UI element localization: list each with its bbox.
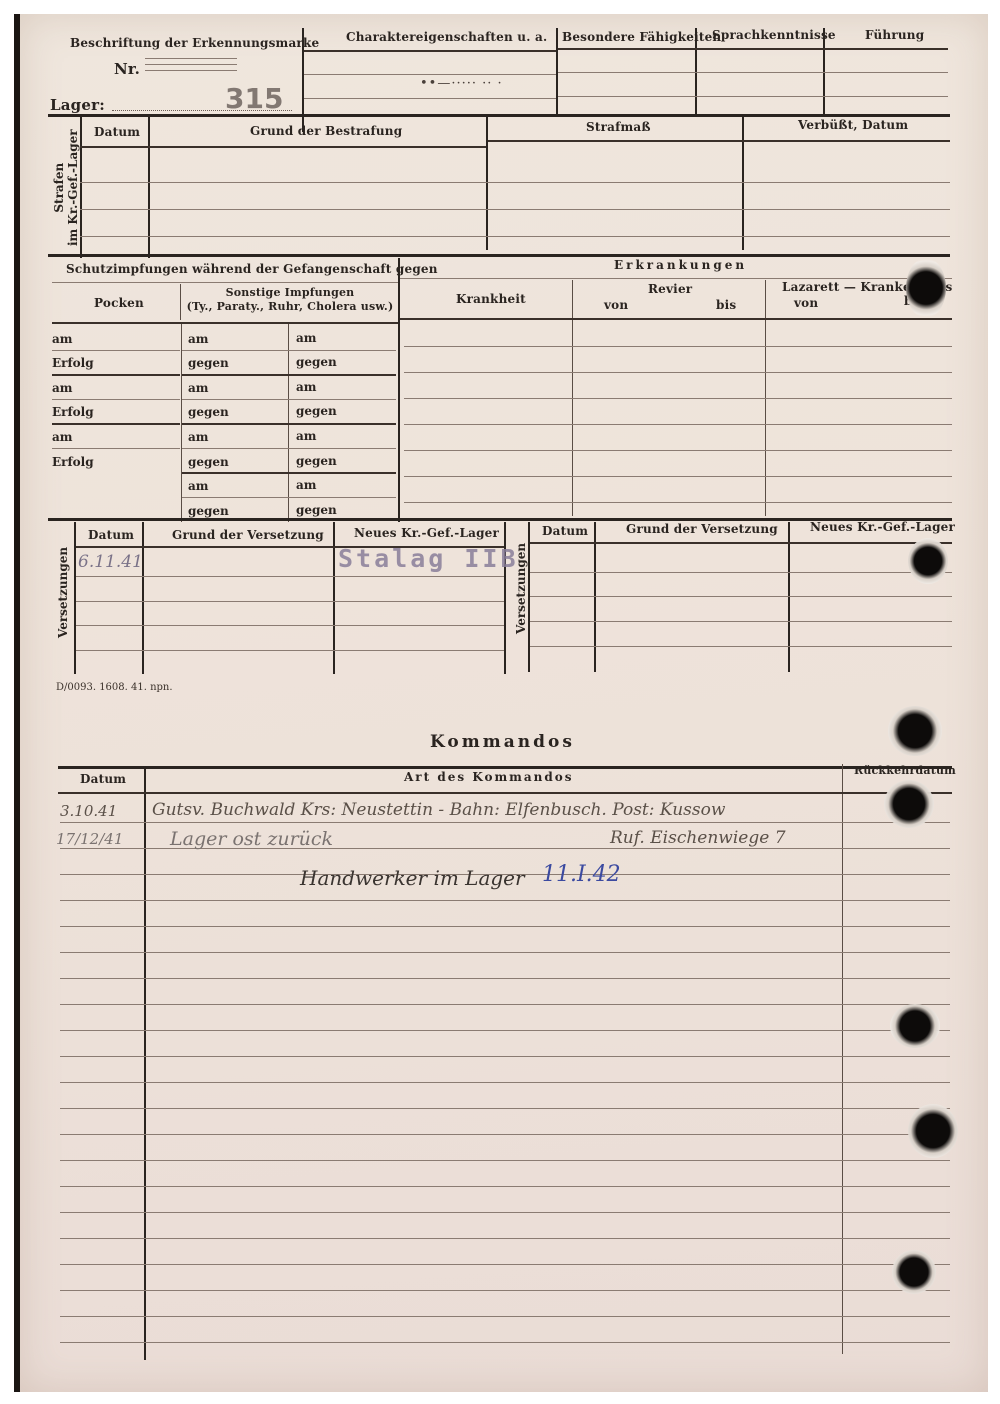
rule [400, 278, 952, 279]
rule [52, 448, 180, 449]
rule [58, 792, 952, 794]
rule [60, 1212, 950, 1213]
rule [76, 601, 504, 602]
versetzung-col-datum-right: Datum [542, 524, 588, 538]
rule [60, 822, 950, 823]
col-divider [180, 284, 181, 320]
kommando-entry-art: Lager ost zurück [170, 828, 333, 850]
rule [182, 399, 396, 400]
sonstige-row: gegen [188, 455, 229, 469]
punch-hole-decoration [884, 780, 934, 828]
col-divider [594, 522, 596, 672]
versetzung-col-lager-right: Neues Kr.-Gef.-Lager [810, 520, 955, 534]
strafen-side-label: Strafen im Kr.-Gef.-Lager [52, 129, 80, 246]
rule [52, 423, 180, 425]
versetzung-col-grund: Grund der Versetzung [172, 528, 324, 542]
rule [60, 1316, 950, 1317]
strafen-side-label-2: im Kr.-Gef.-Lager [66, 129, 80, 246]
sonstige-row: am [188, 332, 208, 346]
rule [76, 650, 504, 651]
revier-bis: bis [716, 298, 736, 312]
versetzung-col-grund-right: Grund der Versetzung [626, 522, 778, 536]
kommando-entry-art: Handwerker im Lager [300, 866, 525, 890]
sonstige-row: gegen [188, 356, 229, 370]
pocken-row: Erfolg [52, 356, 94, 370]
kommando-entry-datum: 3.10.41 [60, 802, 117, 820]
sonstige-sub: (Ty., Paraty., Ruhr, Cholera usw.) [184, 300, 396, 313]
rule [304, 74, 556, 75]
col-divider [144, 768, 146, 1360]
sonstige-label: Sonstige Impfungen [184, 286, 396, 299]
punch-hole-decoration [908, 1104, 958, 1158]
col-divider [788, 522, 790, 672]
rule [60, 926, 950, 927]
rule [60, 1134, 950, 1135]
kommando-col-rueckkehr: Rückkehrdatum [854, 764, 956, 777]
rule [60, 1108, 950, 1109]
rule [530, 596, 952, 597]
rule [60, 1030, 950, 1031]
section-divider [58, 766, 952, 769]
punch-hole-decoration [888, 706, 942, 756]
kommandos-title: Kommandos [430, 732, 575, 752]
rule [404, 372, 952, 373]
lager-stamp-value: 315 [225, 82, 283, 115]
versetzung-entry-datum: 6.11.41 [78, 552, 143, 572]
section-divider [48, 114, 950, 117]
sonstige-row-2: gegen [296, 503, 337, 517]
rule [60, 1186, 950, 1187]
kommando-entry-art: Gutsv. Buchwald Krs: Neustettin - Bahn: … [152, 800, 725, 820]
col-divider [823, 28, 825, 114]
rule [80, 209, 950, 210]
kommando-entry-stamp-date: 11.I.42 [542, 862, 621, 887]
strafen-side-label-1: Strafen [52, 129, 66, 246]
strafen-col-strafmass: Strafmaß [586, 120, 651, 134]
versetzung-entry-lager-stamp: Stalag IIB [338, 544, 519, 573]
strafen-col-datum: Datum [94, 125, 140, 139]
rule [60, 900, 950, 901]
rule [52, 399, 180, 400]
revier-label: Revier [648, 282, 692, 296]
rule [404, 398, 952, 399]
pocken-label: Pocken [94, 296, 144, 310]
rule [60, 1056, 950, 1057]
pow-record-card: Beschriftung der Erkennungsmarke Nr. Lag… [14, 14, 988, 1392]
rule [60, 1160, 950, 1161]
krankheit-label: Krankheit [456, 292, 526, 306]
rule [530, 621, 952, 622]
rule [404, 450, 952, 451]
strafen-col-verbuesst: Verbüßt, Datum [798, 118, 908, 132]
pocken-row: am [52, 430, 72, 444]
fuehrung-label: Führung [865, 28, 924, 42]
rule [530, 572, 952, 573]
sonstige-row-2: am [296, 429, 316, 443]
rule [530, 646, 952, 647]
sonstige-row-2: gegen [296, 404, 337, 418]
sonstige-row: am [188, 479, 208, 493]
col-divider [842, 764, 843, 1354]
erkennungsmarke-label: Beschriftung der Erkennungsmarke [70, 36, 319, 50]
rule [404, 424, 952, 425]
sonstige-row: gegen [188, 504, 229, 518]
rule [60, 1290, 950, 1291]
rule [558, 96, 948, 97]
nr-line [145, 70, 237, 71]
col-divider [398, 258, 400, 522]
rule [404, 476, 952, 477]
punch-hole-decoration [892, 1250, 936, 1294]
pocken-row: am [52, 332, 72, 346]
rule [530, 542, 952, 544]
col-divider [742, 116, 744, 250]
col-divider [333, 522, 335, 674]
punch-hole-decoration [906, 258, 946, 318]
nr-line [145, 64, 237, 65]
col-divider [528, 522, 530, 672]
kommando-entry-note: Ruf. Eischenwiege 7 [610, 828, 786, 848]
rule [182, 448, 396, 449]
rule [404, 346, 952, 347]
sonstige-row: am [188, 381, 208, 395]
rule [60, 1238, 950, 1239]
rule [52, 350, 180, 351]
sonstige-row-2: gegen [296, 454, 337, 468]
col-divider [556, 28, 558, 114]
rule [182, 472, 396, 474]
lager-label: Lager: [50, 96, 105, 114]
sonstige-row: am [188, 430, 208, 444]
rule [400, 318, 952, 320]
rule [76, 576, 504, 577]
rule [182, 350, 396, 351]
rule [60, 1264, 950, 1265]
charakter-label: Charaktereigenschaften u. a. [346, 30, 547, 44]
rule [52, 282, 398, 283]
erkrankungen-title: Erkrankungen [614, 258, 747, 272]
lazarett-von: von [794, 296, 818, 310]
rule [52, 322, 398, 324]
versetzungen-side-label: Versetzungen [56, 547, 70, 638]
print-code: D/0093. 1608. 41. npn. [56, 682, 173, 693]
punch-hole-decoration [908, 538, 948, 584]
rule [52, 374, 180, 376]
impfungen-title: Schutzimpfungen während der Gefangenscha… [66, 262, 438, 276]
kommando-col-art: Art des Kommandos [404, 770, 574, 784]
col-divider [74, 522, 76, 674]
rule [404, 502, 952, 503]
nr-line [145, 58, 237, 59]
col-divider [142, 522, 144, 674]
section-divider [48, 254, 950, 257]
rule [182, 374, 396, 376]
rule [80, 146, 486, 148]
strafen-col-grund: Grund der Bestrafung [250, 124, 402, 138]
nr-label: Nr. [114, 60, 140, 78]
col-divider [486, 116, 488, 250]
sprachkenntnisse-label: Sprachkenntnisse [712, 28, 836, 42]
rule [60, 1004, 950, 1005]
rule [60, 978, 950, 979]
col-divider [695, 28, 697, 114]
pocken-row: Erfolg [52, 455, 94, 469]
rule [558, 72, 948, 73]
versetzung-col-datum: Datum [88, 528, 134, 542]
pocken-row: am [52, 381, 72, 395]
rule [558, 48, 948, 50]
versetzungen-side-label-right: Versetzungen [514, 543, 528, 634]
rule [304, 98, 556, 99]
rule [304, 50, 556, 52]
rule [182, 423, 396, 425]
sonstige-row-2: am [296, 331, 316, 345]
rule [76, 625, 504, 626]
rule [488, 140, 950, 142]
pocken-row: Erfolg [52, 405, 94, 419]
sonstige-row-2: am [296, 380, 316, 394]
rule [80, 236, 950, 237]
rule [60, 1082, 950, 1083]
rule [80, 182, 950, 183]
charakter-value: ••—····· ·· · [420, 76, 503, 91]
revier-von: von [604, 298, 628, 312]
sonstige-row: gegen [188, 405, 229, 419]
rule [60, 952, 950, 953]
rule [60, 1342, 950, 1343]
punch-hole-decoration [890, 1004, 940, 1048]
sonstige-row-2: am [296, 478, 316, 492]
sonstige-row-2: gegen [296, 355, 337, 369]
kommando-col-datum: Datum [80, 772, 126, 786]
rule [182, 497, 396, 498]
kommando-entry-datum: 17/12/41 [56, 830, 123, 848]
versetzung-col-lager: Neues Kr.-Gef.-Lager [354, 526, 499, 540]
faehigkeiten-label: Besondere Fähigkeiten [562, 30, 721, 44]
